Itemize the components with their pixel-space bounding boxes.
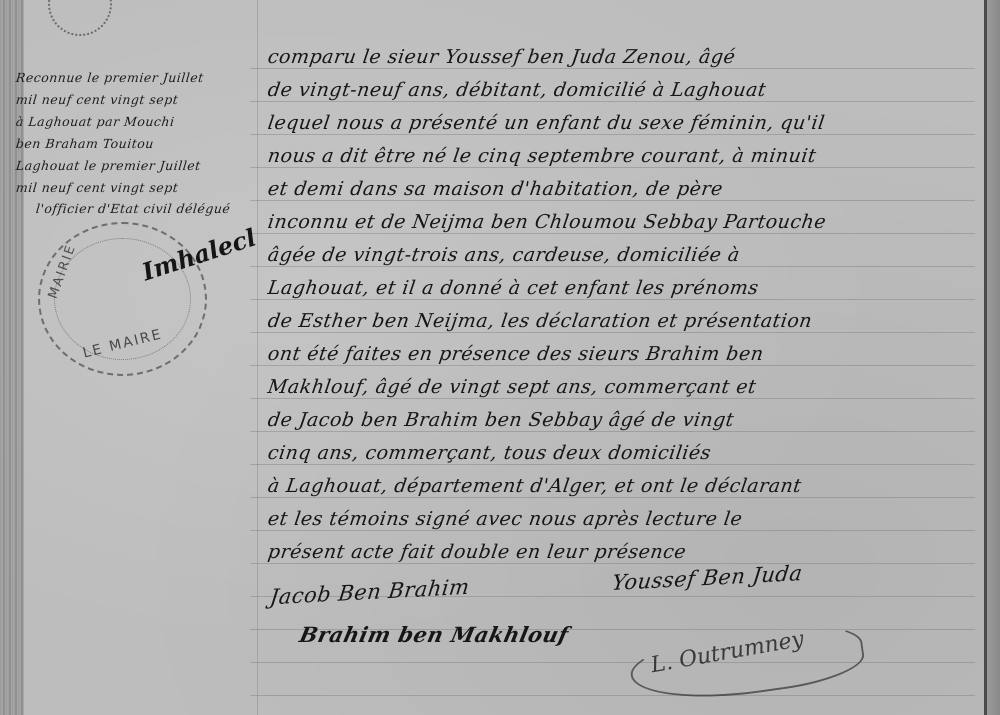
body-line: et demi dans sa maison d'habitation, de … xyxy=(266,178,724,200)
body-line: âgée de vingt-trois ans, cardeuse, domic… xyxy=(266,244,741,266)
adjacent-page-strip xyxy=(987,0,1000,715)
ruled-line xyxy=(250,464,975,465)
ruled-line xyxy=(250,299,975,300)
body-line: nous a dit être né le cinq septembre cou… xyxy=(266,145,817,167)
ruled-line xyxy=(250,68,975,69)
body-line: comparu le sieur Youssef ben Juda Zenou,… xyxy=(266,46,736,68)
margin-note-line: ben Braham Touitou xyxy=(15,136,154,151)
ruled-line xyxy=(250,134,975,135)
book-binding xyxy=(0,0,24,715)
body-line: à Laghouat, département d'Alger, et ont … xyxy=(266,475,803,497)
ruled-line xyxy=(250,332,975,333)
body-line: cinq ans, commerçant, tous deux domicili… xyxy=(266,442,712,464)
margin-note-line: mil neuf cent vingt sept xyxy=(15,92,179,107)
declarant-signature: Youssef Ben Juda xyxy=(611,561,804,595)
ruled-line xyxy=(250,662,975,663)
body-line: de Jacob ben Brahim ben Sebbay âgé de vi… xyxy=(266,409,735,431)
body-line: Laghouat, et il a donné à cet enfant les… xyxy=(266,277,760,299)
ruled-line xyxy=(250,365,975,366)
body-line: lequel nous a présenté un enfant du sexe… xyxy=(266,112,826,134)
margin-note-line: à Laghouat par Mouchi xyxy=(15,114,175,129)
ruled-line xyxy=(250,167,975,168)
body-line: présent acte fait double en leur présenc… xyxy=(266,541,687,563)
margin-note-line: l'officier d'Etat civil délégué xyxy=(35,201,231,216)
witness-1-signature: Jacob Ben Brahim xyxy=(269,575,471,610)
ruled-line xyxy=(250,431,975,432)
body-line: de Esther ben Neijma, les déclaration et… xyxy=(266,310,813,332)
ruled-line xyxy=(250,101,975,102)
ruled-line xyxy=(250,563,975,564)
witness-2-signature: Brahim ben Makhlouf xyxy=(297,622,571,647)
ruled-line xyxy=(250,398,975,399)
margin-note-line: Laghouat le premier Juillet xyxy=(15,158,201,173)
body-line: et les témoins signé avec nous après lec… xyxy=(266,508,743,530)
ruled-line xyxy=(250,695,975,696)
document-page: Reconnue le premier Juillet mil neuf cen… xyxy=(0,0,1000,715)
margin-note-line: mil neuf cent vingt sept xyxy=(15,180,179,195)
ruled-line xyxy=(250,233,975,234)
ruled-line xyxy=(250,200,975,201)
body-line: Makhlouf, âgé de vingt sept ans, commerç… xyxy=(266,376,757,398)
partial-stamp-icon xyxy=(48,0,112,36)
margin-note-line: Reconnue le premier Juillet xyxy=(15,70,204,85)
body-line: inconnu et de Neijma ben Chloumou Sebbay… xyxy=(266,211,827,233)
ruled-line xyxy=(250,530,975,531)
margin-rule xyxy=(257,0,258,715)
ruled-line xyxy=(250,497,975,498)
body-line: ont été faites en présence des sieurs Br… xyxy=(266,343,765,365)
ruled-line xyxy=(250,266,975,267)
body-line: de vingt-neuf ans, débitant, domicilié à… xyxy=(266,79,767,101)
